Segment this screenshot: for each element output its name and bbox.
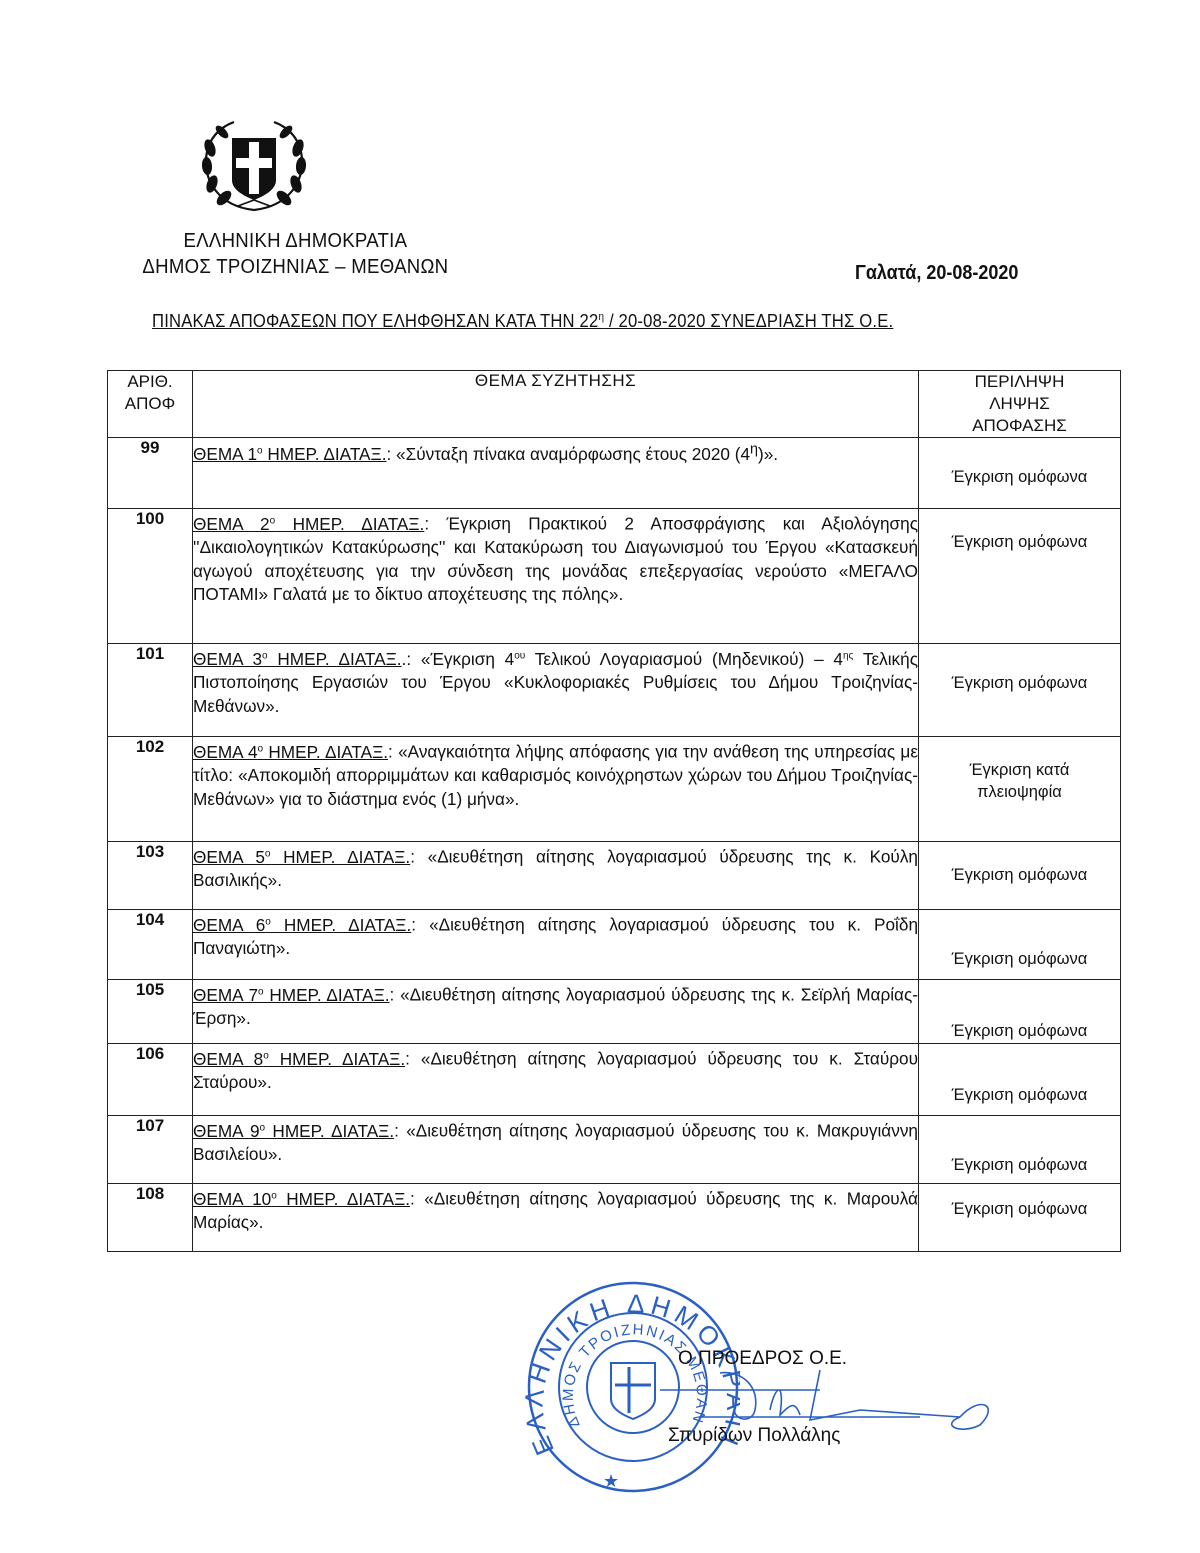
decision-result: Έγκριση κατάπλειοψηφία <box>919 737 1121 842</box>
decision-topic: ΘΕΜΑ 5ο ΗΜΕΡ. ΔΙΑΤΑΞ.: «Διευθέτηση αίτησ… <box>193 842 919 910</box>
column-header-topic: ΘΕΜΑ ΣΥΖΗΤΗΣΗΣ <box>193 371 919 438</box>
decision-result: Έγκριση ομόφωνα <box>919 910 1121 980</box>
label-text: ΗΜΕΡ. ΔΙΑΤΑΞ. <box>263 444 387 464</box>
decision-result: Έγκριση ομόφωνα <box>919 1184 1121 1252</box>
table-row: 107ΘΕΜΑ 9ο ΗΜΕΡ. ΔΙΑΤΑΞ.: «Διευθέτηση αί… <box>108 1116 1121 1184</box>
result-text: Έγκριση ομόφωνα <box>919 531 1120 553</box>
decision-result: Έγκριση ομόφωνα <box>919 509 1121 644</box>
decision-number: 100 <box>108 509 193 644</box>
agenda-item-label: ΘΕΜΑ 5ο ΗΜΕΡ. ΔΙΑΤΑΞ. <box>193 847 410 867</box>
table-row: 102ΘΕΜΑ 4ο ΗΜΕΡ. ΔΙΑΤΑΞ.: «Αναγκαιότητα … <box>108 737 1121 842</box>
decision-number: 102 <box>108 737 193 842</box>
decision-number: 106 <box>108 1044 193 1116</box>
decision-result: Έγκριση ομόφωνα <box>919 980 1121 1044</box>
result-text: Έγκριση ομόφωνα <box>919 864 1120 886</box>
decision-number: 105 <box>108 980 193 1044</box>
table-row: 104ΘΕΜΑ 6ο ΗΜΕΡ. ΔΙΑΤΑΞ.: «Διευθέτηση αί… <box>108 910 1121 980</box>
label-text: ΘΕΜΑ 3 <box>193 649 262 669</box>
label-text: ΗΜΕΡ. ΔΙΑΤΑΞ. <box>263 742 388 762</box>
header-text: ΑΡΙΘ. <box>108 371 192 393</box>
agenda-item-label: ΘΕΜΑ 10ο ΗΜΕΡ. ΔΙΑΤΑΞ. <box>193 1189 410 1209</box>
result-text: Έγκριση ομόφωνα <box>919 1154 1120 1176</box>
label-text: ΘΕΜΑ 9 <box>193 1121 260 1141</box>
label-text: ΘΕΜΑ 5 <box>193 847 265 867</box>
decision-topic: ΘΕΜΑ 10ο ΗΜΕΡ. ΔΙΑΤΑΞ.: «Διευθέτηση αίτη… <box>193 1184 919 1252</box>
agenda-item-label: ΘΕΜΑ 3ο ΗΜΕΡ. ΔΙΑΤΑΞ. <box>193 649 402 669</box>
decision-number: 108 <box>108 1184 193 1252</box>
decision-topic: ΘΕΜΑ 6ο ΗΜΕΡ. ΔΙΑΤΑΞ.: «Διευθέτηση αίτησ… <box>193 910 919 980</box>
decision-number: 107 <box>108 1116 193 1184</box>
document-title: ΠΙΝΑΚΑΣ ΑΠΟΦΑΣΕΩΝ ΠΟΥ ΕΛΗΦΘΗΣΑΝ ΚΑΤΑ ΤΗΝ… <box>152 310 893 332</box>
agenda-item-label: ΘΕΜΑ 2ο ΗΜΕΡ. ΔΙΑΤΑΞ. <box>193 514 424 534</box>
result-text: Έγκριση κατά <box>919 759 1120 781</box>
label-text: ΘΕΜΑ 4 <box>193 742 258 762</box>
decision-number: 99 <box>108 438 193 509</box>
header-text: ΑΠΟΦΑΣΗΣ <box>919 415 1120 437</box>
label-text: ΗΜΕΡ. ΔΙΑΤΑΞ. <box>269 1049 405 1069</box>
decision-number: 104 <box>108 910 193 980</box>
table-row: 100ΘΕΜΑ 2ο ΗΜΕΡ. ΔΙΑΤΑΞ.: Έγκριση Πρακτι… <box>108 509 1121 644</box>
label-text: ΗΜΕΡ. ΔΙΑΤΑΞ. <box>265 1121 394 1141</box>
result-text: Έγκριση ομόφωνα <box>919 466 1120 488</box>
header-text: ΑΠΟΦ <box>108 393 192 415</box>
decision-topic: ΘΕΜΑ 9ο ΗΜΕΡ. ΔΙΑΤΑΞ.: «Διευθέτηση αίτησ… <box>193 1116 919 1184</box>
result-text: Έγκριση ομόφωνα <box>919 1020 1120 1042</box>
label-text: ΘΕΜΑ 10 <box>193 1189 271 1209</box>
label-text: ΘΕΜΑ 1 <box>193 444 257 464</box>
header-text: ΛΗΨΗΣ <box>919 393 1120 415</box>
label-text: ΗΜΕΡ. ΔΙΑΤΑΞ. <box>268 649 402 669</box>
label-text: ΘΕΜΑ 7 <box>193 985 258 1005</box>
agenda-item-label: ΘΕΜΑ 7ο ΗΜΕΡ. ΔΙΑΤΑΞ. <box>193 985 390 1005</box>
result-text: πλειοψηφία <box>919 781 1120 803</box>
label-text: ΘΕΜΑ 6 <box>193 915 265 935</box>
column-header-number: ΑΡΙΘ. ΑΠΟΦ <box>108 371 193 438</box>
result-text: Έγκριση ομόφωνα <box>919 672 1120 694</box>
decision-result: Έγκριση ομόφωνα <box>919 438 1121 509</box>
decision-topic: ΘΕΜΑ 8ο ΗΜΕΡ. ΔΙΑΤΑΞ.: «Διευθέτηση αίτησ… <box>193 1044 919 1116</box>
result-text: Έγκριση ομόφωνα <box>919 1198 1120 1220</box>
decision-topic: ΘΕΜΑ 2ο ΗΜΕΡ. ΔΙΑΤΑΞ.: Έγκριση Πρακτικού… <box>193 509 919 644</box>
decision-topic: ΘΕΜΑ 4ο ΗΜΕΡ. ΔΙΑΤΑΞ.: «Αναγκαιότητα λήψ… <box>193 737 919 842</box>
label-text: ΗΜΕΡ. ΔΙΑΤΑΞ. <box>277 1189 410 1209</box>
decision-number: 101 <box>108 644 193 737</box>
decision-result: Έγκριση ομόφωνα <box>919 1044 1121 1116</box>
decision-topic: ΘΕΜΑ 1ο ΗΜΕΡ. ΔΙΑΤΑΞ.: «Σύνταξη πίνακα α… <box>193 438 919 509</box>
label-text: ΗΜΕΡ. ΔΙΑΤΑΞ. <box>275 514 424 534</box>
decision-result: Έγκριση ομόφωνα <box>919 644 1121 737</box>
header-text: ΠΕΡΙΛΗΨΗ <box>919 371 1120 393</box>
label-text: ΗΜΕΡ. ΔΙΑΤΑΞ. <box>270 847 410 867</box>
agenda-item-label: ΘΕΜΑ 6ο ΗΜΕΡ. ΔΙΑΤΑΞ. <box>193 915 411 935</box>
result-text: Έγκριση ομόφωνα <box>919 948 1120 970</box>
signatory-name: Σπυρίδων Πολλάλης <box>668 1425 840 1447</box>
decision-result: Έγκριση ομόφωνα <box>919 842 1121 910</box>
title-prefix: ΠΙΝΑΚΑΣ ΑΠΟΦΑΣΕΩΝ ΠΟΥ ΕΛΗΦΘΗΣΑΝ ΚΑΤΑ ΤΗΝ… <box>152 310 598 331</box>
result-text: Έγκριση ομόφωνα <box>919 1084 1120 1106</box>
label-text: ΗΜΕΡ. ΔΙΑΤΑΞ. <box>264 985 390 1005</box>
topic-text: : «Σύνταξη πίνακα αναμόρφωσης έτους 2020… <box>386 444 778 464</box>
label-text: ΘΕΜΑ 2 <box>193 514 270 534</box>
table-header-row: ΑΡΙΘ. ΑΠΟΦ ΘΕΜΑ ΣΥΖΗΤΗΣΗΣ ΠΕΡΙΛΗΨΗ ΛΗΨΗΣ… <box>108 371 1121 438</box>
label-text: ΗΜΕΡ. ΔΙΑΤΑΞ. <box>271 915 411 935</box>
svg-text:★: ★ <box>603 1471 619 1491</box>
decision-topic: ΘΕΜΑ 7ο ΗΜΕΡ. ΔΙΑΤΑΞ.: «Διευθέτηση αίτησ… <box>193 980 919 1044</box>
decision-result: Έγκριση ομόφωνα <box>919 1116 1121 1184</box>
table-row: 106ΘΕΜΑ 8ο ΗΜΕΡ. ΔΙΑΤΑΞ.: «Διευθέτηση αί… <box>108 1044 1121 1116</box>
table-row: 101ΘΕΜΑ 3ο ΗΜΕΡ. ΔΙΑΤΑΞ..: «Έγκριση 4ου … <box>108 644 1121 737</box>
issuer-block: ΕΛΛΗΝΙΚΗ ΔΗΜΟΚΡΑΤΙΑ ΔΗΜΟΣ ΤΡΟΙΖΗΝΙΑΣ – Μ… <box>128 228 463 280</box>
issuer-municipality: ΔΗΜΟΣ ΤΡΟΙΖΗΝΙΑΣ – ΜΕΘΑΝΩΝ <box>128 254 463 280</box>
table-row: 99ΘΕΜΑ 1ο ΗΜΕΡ. ΔΙΑΤΑΞ.: «Σύνταξη πίνακα… <box>108 438 1121 509</box>
decisions-table: ΑΡΙΘ. ΑΠΟΦ ΘΕΜΑ ΣΥΖΗΤΗΣΗΣ ΠΕΡΙΛΗΨΗ ΛΗΨΗΣ… <box>107 370 1121 1252</box>
table-row: 105ΘΕΜΑ 7ο ΗΜΕΡ. ΔΙΑΤΑΞ.: «Διευθέτηση αί… <box>108 980 1121 1044</box>
agenda-item-label: ΘΕΜΑ 8ο ΗΜΕΡ. ΔΙΑΤΑΞ. <box>193 1049 405 1069</box>
label-text: ΘΕΜΑ 8 <box>193 1049 263 1069</box>
decision-topic: ΘΕΜΑ 3ο ΗΜΕΡ. ΔΙΑΤΑΞ..: «Έγκριση 4ου Τελ… <box>193 644 919 737</box>
table-row: 103ΘΕΜΑ 5ο ΗΜΕΡ. ΔΙΑΤΑΞ.: «Διευθέτηση αί… <box>108 842 1121 910</box>
agenda-item-label: ΘΕΜΑ 9ο ΗΜΕΡ. ΔΙΑΤΑΞ. <box>193 1121 394 1141</box>
document-date: Γαλατά, 20-08-2020 <box>855 262 1018 285</box>
title-suffix: / 20-08-2020 ΣΥΝΕΔΡΙΑΣΗ ΤΗΣ Ο.Ε. <box>604 310 893 331</box>
table-row: 108ΘΕΜΑ 10ο ΗΜΕΡ. ΔΙΑΤΑΞ.: «Διευθέτηση α… <box>108 1184 1121 1252</box>
agenda-item-label: ΘΕΜΑ 1ο ΗΜΕΡ. ΔΙΑΤΑΞ. <box>193 444 386 464</box>
column-header-result: ΠΕΡΙΛΗΨΗ ΛΗΨΗΣ ΑΠΟΦΑΣΗΣ <box>919 371 1121 438</box>
greek-coat-of-arms-icon <box>198 118 310 214</box>
decision-number: 103 <box>108 842 193 910</box>
issuer-country: ΕΛΛΗΝΙΚΗ ΔΗΜΟΚΡΑΤΙΑ <box>128 228 463 254</box>
agenda-item-label: ΘΕΜΑ 4ο ΗΜΕΡ. ΔΙΑΤΑΞ. <box>193 742 388 762</box>
